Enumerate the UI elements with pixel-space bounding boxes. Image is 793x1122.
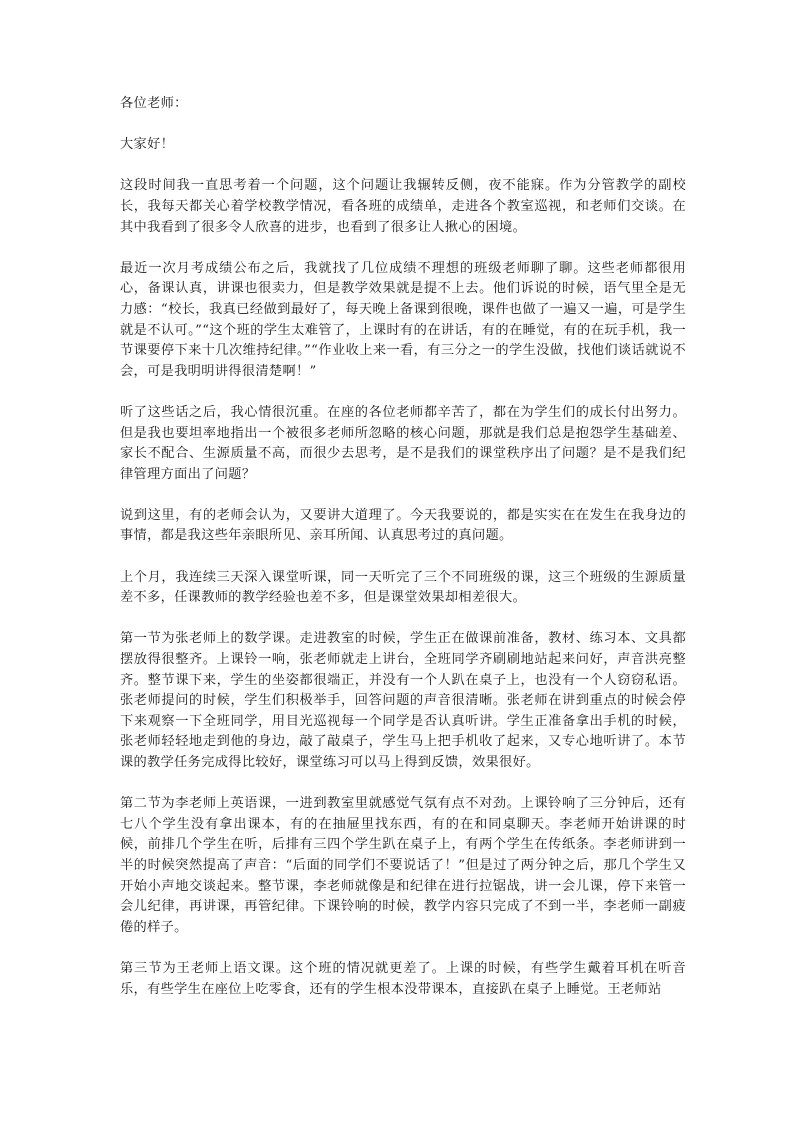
greeting: 大家好！ bbox=[120, 135, 686, 156]
document-page: 各位老师： 大家好！ 这段时间我一直思考着一个问题，这个问题让我辗转反侧，夜不能… bbox=[120, 94, 686, 1021]
paragraph-first-class: 第一节为张老师上的数学课。走进教室的时候，学生正在做课前准备，教材、练习本、文具… bbox=[120, 629, 686, 773]
salutation: 各位老师： bbox=[120, 94, 686, 115]
paragraph-core-problem: 听了这些话之后，我心情很沉重。在座的各位老师都辛苦了，都在为学生们的成长付出努力… bbox=[120, 403, 686, 485]
paragraph-third-class: 第三节为王老师上语文课。这个班的情况就更差了。上课的时候，有些学生戴着耳机在听音… bbox=[120, 959, 686, 1000]
paragraph-teacher-complaints: 最近一次月考成绩公布之后，我就找了几位成绩不理想的班级老师聊了聊。这些老师都很用… bbox=[120, 259, 686, 383]
paragraph-intro: 这段时间我一直思考着一个问题，这个问题让我辗转反侧，夜不能寐。作为分管教学的副校… bbox=[120, 176, 686, 238]
paragraph-classroom-visits: 上个月，我连续三天深入课堂听课，同一天听完了三个不同班级的课，这三个班级的生源质… bbox=[120, 568, 686, 609]
paragraph-real-issues: 说到这里，有的老师会认为，又要讲大道理了。今天我要说的，都是实实在在发生在我身边… bbox=[120, 506, 686, 547]
paragraph-second-class: 第二节为李老师上英语课，一进到教室里就感觉气氛有点不对劲。上课铃响了三分钟后，还… bbox=[120, 794, 686, 938]
